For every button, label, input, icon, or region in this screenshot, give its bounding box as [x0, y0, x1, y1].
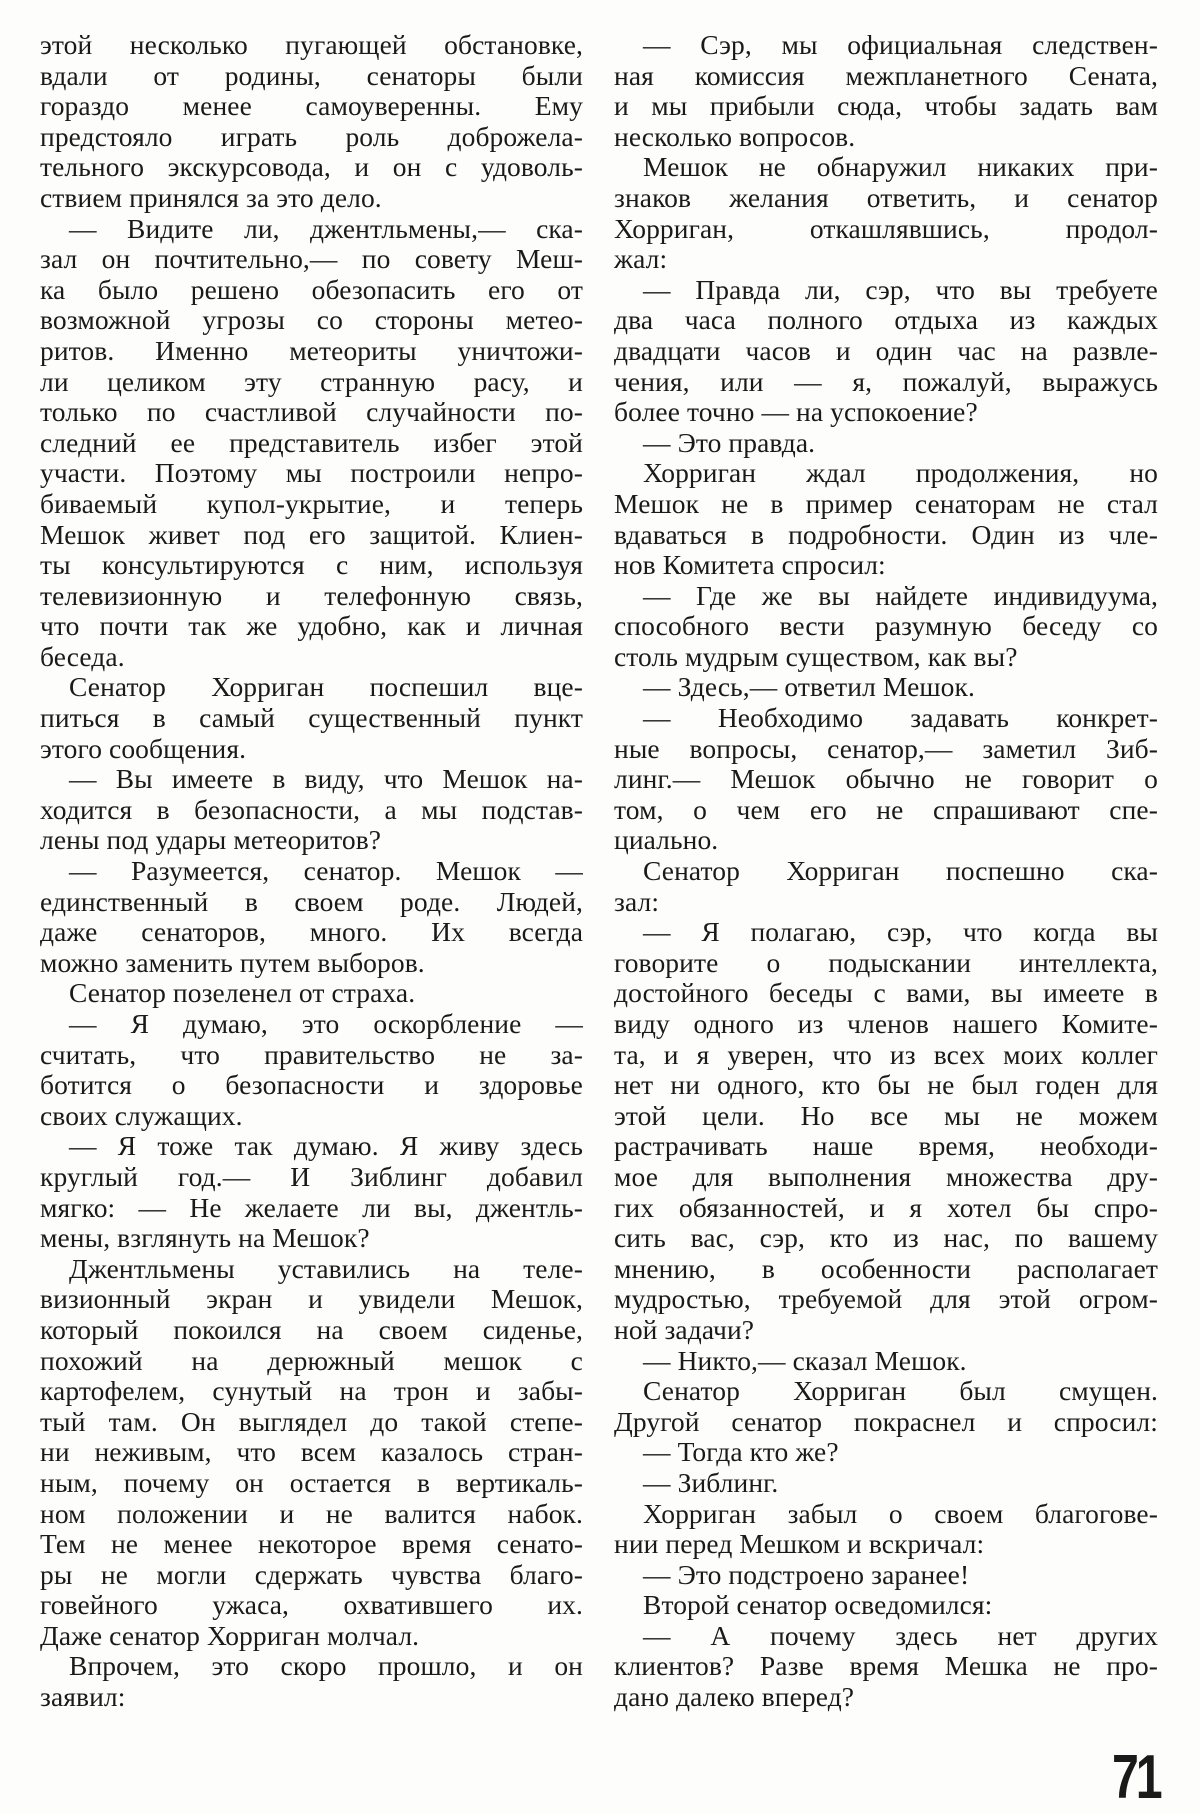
- text-line: следний ее представитель избег этой: [40, 428, 583, 459]
- text-line: говейного ужаса, охватившего их.: [40, 1590, 583, 1621]
- text-line: ные вопросы, сенатор,— заметил Зиб-: [614, 734, 1158, 765]
- text-line: — Никто,— сказал Мешок.: [614, 1346, 1158, 1377]
- text-line: ты консультируются с ним, используя: [40, 550, 583, 581]
- text-line: биваемый купол-укрытие, и теперь: [40, 489, 583, 520]
- text-line: считать, что правительство не за-: [40, 1040, 583, 1071]
- text-line: том, о чем его не спрашивают спе-: [614, 795, 1158, 826]
- text-line: Мешок не в пример сенаторам не стал: [614, 489, 1158, 520]
- text-line: визионный экран и увидели Мешок,: [40, 1284, 583, 1315]
- text-line: ка было решено обезопасить его от: [40, 275, 583, 306]
- text-line: Сенатор позеленел от страха.: [40, 978, 583, 1009]
- text-line: ботится о безопасности и здоровье: [40, 1070, 583, 1101]
- text-line: и мы прибыли сюда, чтобы задать вам: [614, 91, 1158, 122]
- text-line: тельного экскурсовода, и он с удоволь-: [40, 152, 583, 183]
- text-line: виду одного из членов нашего Комите-: [614, 1009, 1158, 1040]
- text-line: который покоился на своем сиденье,: [40, 1315, 583, 1346]
- text-line: Сенатор Хорриган поспешил вце-: [40, 672, 583, 703]
- text-line: — Вы имеете в виду, что Мешок на-: [40, 764, 583, 795]
- text-line: единственный в своем роде. Людей,: [40, 887, 583, 918]
- text-line: вдали от родины, сенаторы были: [40, 61, 583, 92]
- text-line: Другой сенатор покраснел и спросил:: [614, 1407, 1158, 1438]
- text-line: этой несколько пугающей обстановке,: [40, 30, 583, 61]
- text-line: — Здесь,— ответил Мешок.: [614, 672, 1158, 703]
- text-line: питься в самый существенный пункт: [40, 703, 583, 734]
- text-line: Хорриган ждал продолжения, но: [614, 458, 1158, 489]
- text-line: мены, взглянуть на Мешок?: [40, 1223, 583, 1254]
- text-line: можно заменить путем выборов.: [40, 948, 583, 979]
- text-line: заявил:: [40, 1682, 583, 1713]
- text-line: Сенатор Хорриган поспешно ска-: [614, 856, 1158, 887]
- text-line: зал:: [614, 887, 1158, 918]
- text-line: двадцати часов и один час на развле-: [614, 336, 1158, 367]
- text-column-left: этой несколько пугающей обстановке,вдали…: [40, 30, 583, 1713]
- text-line: ная комиссия межпланетного Сената,: [614, 61, 1158, 92]
- text-line: дано далеко вперед?: [614, 1682, 1158, 1713]
- text-line: даже сенаторов, много. Их всегда: [40, 917, 583, 948]
- text-line: — Это подстроено заранее!: [614, 1560, 1158, 1591]
- text-line: картофелем, сунутый на трон и забы-: [40, 1376, 583, 1407]
- text-line: — Я тоже так думаю. Я живу здесь: [40, 1131, 583, 1162]
- text-line: — Я полагаю, сэр, что когда вы: [614, 917, 1158, 948]
- text-line: ным, почему он остается в вертикаль-: [40, 1468, 583, 1499]
- text-line: круглый год.— И Зиблинг добавил: [40, 1162, 583, 1193]
- text-line: сить вас, сэр, кто из нас, по вашему: [614, 1223, 1158, 1254]
- text-line: Тем не менее некоторое время сенато-: [40, 1529, 583, 1560]
- text-line: знаков желания ответить, и сенатор: [614, 183, 1158, 214]
- text-line: два часа полного отдыха из каждых: [614, 305, 1158, 336]
- text-line: мое для выполнения множества дру-: [614, 1162, 1158, 1193]
- text-line: мягко: — Не желаете ли вы, джентль-: [40, 1193, 583, 1224]
- text-line: — Сэр, мы официальная следствен-: [614, 30, 1158, 61]
- text-line: своих служащих.: [40, 1101, 583, 1132]
- text-line: — Это правда.: [614, 428, 1158, 459]
- text-line: достойного беседы с вами, вы имеете в: [614, 978, 1158, 1009]
- text-line: Хорриган забыл о своем благогове-: [614, 1499, 1158, 1530]
- text-line: этого сообщения.: [40, 734, 583, 765]
- text-line: Впрочем, это скоро прошло, и он: [40, 1651, 583, 1682]
- text-line: Второй сенатор осведомился:: [614, 1590, 1158, 1621]
- text-line: беседа.: [40, 642, 583, 673]
- text-line: гораздо менее самоуверенны. Ему: [40, 91, 583, 122]
- text-line: говорите о подыскании интеллекта,: [614, 948, 1158, 979]
- text-line: — Зиблинг.: [614, 1468, 1158, 1499]
- text-line: — Разумеется, сенатор. Мешок —: [40, 856, 583, 887]
- page-number: 71: [1112, 1742, 1160, 1813]
- text-line: — Где же вы найдете индивидуума,: [614, 581, 1158, 612]
- text-line: ствием принялся за это дело.: [40, 183, 583, 214]
- text-line: растрачивать наше время, необходи-: [614, 1131, 1158, 1162]
- text-line: — А почему здесь нет других: [614, 1621, 1158, 1652]
- text-line: зал он почтительно,— по совету Меш-: [40, 244, 583, 275]
- text-line: телевизионную и телефонную связь,: [40, 581, 583, 612]
- text-line: только по счастливой случайности по-: [40, 397, 583, 428]
- text-line: предстояло играть роль доброжела-: [40, 122, 583, 153]
- text-line: циально.: [614, 825, 1158, 856]
- text-line: участи. Поэтому мы построили непро-: [40, 458, 583, 489]
- text-line: нет ни одного, кто бы не был годен для: [614, 1070, 1158, 1101]
- text-line: ни неживым, что всем казалось стран-: [40, 1437, 583, 1468]
- text-line: ритов. Именно метеориты уничтожи-: [40, 336, 583, 367]
- text-line: мудростью, требуемой для этой огром-: [614, 1284, 1158, 1315]
- text-line: мнению, в особенности располагает: [614, 1254, 1158, 1285]
- text-column-right: — Сэр, мы официальная следствен-ная коми…: [614, 30, 1158, 1713]
- text-line: вдаваться в подробности. Один из чле-: [614, 520, 1158, 551]
- text-line: похожий на дерюжный мешок с: [40, 1346, 583, 1377]
- text-line: клиентов? Разве время Мешка не про-: [614, 1651, 1158, 1682]
- text-line: Мешок не обнаружил никаких при-: [614, 152, 1158, 183]
- text-line: — Видите ли, джентльмены,— ска-: [40, 214, 583, 245]
- text-line: гих обязанностей, и я хотел бы спро-: [614, 1193, 1158, 1224]
- text-line: что почти так же удобно, как и личная: [40, 611, 583, 642]
- text-line: Джентльмены уставились на теле-: [40, 1254, 583, 1285]
- text-line: лены под удары метеоритов?: [40, 825, 583, 856]
- text-line: ли целиком эту странную расу, и: [40, 367, 583, 398]
- text-line: — Я думаю, это оскорбление —: [40, 1009, 583, 1040]
- text-line: ной задачи?: [614, 1315, 1158, 1346]
- text-line: — Необходимо задавать конкрет-: [614, 703, 1158, 734]
- text-line: Мешок живет под его защитой. Клиен-: [40, 520, 583, 551]
- text-line: ры не могли сдержать чувства благо-: [40, 1560, 583, 1591]
- text-line: несколько вопросов.: [614, 122, 1158, 153]
- text-line: нов Комитета спросил:: [614, 550, 1158, 581]
- text-line: линг.— Мешок обычно не говорит о: [614, 764, 1158, 795]
- text-line: жал:: [614, 244, 1158, 275]
- text-line: чения, или — я, пожалуй, выражусь: [614, 367, 1158, 398]
- text-line: — Тогда кто же?: [614, 1437, 1158, 1468]
- text-line: — Правда ли, сэр, что вы требуете: [614, 275, 1158, 306]
- text-line: Хорриган, откашлявшись, продол-: [614, 214, 1158, 245]
- text-line: столь мудрым существом, как вы?: [614, 642, 1158, 673]
- text-line: этой цели. Но все мы не можем: [614, 1101, 1158, 1132]
- text-line: ном положении и не валится набок.: [40, 1499, 583, 1530]
- text-line: возможной угрозы со стороны метео-: [40, 305, 583, 336]
- text-line: способного вести разумную беседу со: [614, 611, 1158, 642]
- text-line: нии перед Мешком и вскричал:: [614, 1529, 1158, 1560]
- text-line: тый там. Он выглядел до такой степе-: [40, 1407, 583, 1438]
- text-line: та, и я уверен, что из всех моих коллег: [614, 1040, 1158, 1071]
- text-line: более точно — на успокоение?: [614, 397, 1158, 428]
- text-line: Сенатор Хорриган был смущен.: [614, 1376, 1158, 1407]
- text-line: ходится в безопасности, а мы подстав-: [40, 795, 583, 826]
- text-line: Даже сенатор Хорриган молчал.: [40, 1621, 583, 1652]
